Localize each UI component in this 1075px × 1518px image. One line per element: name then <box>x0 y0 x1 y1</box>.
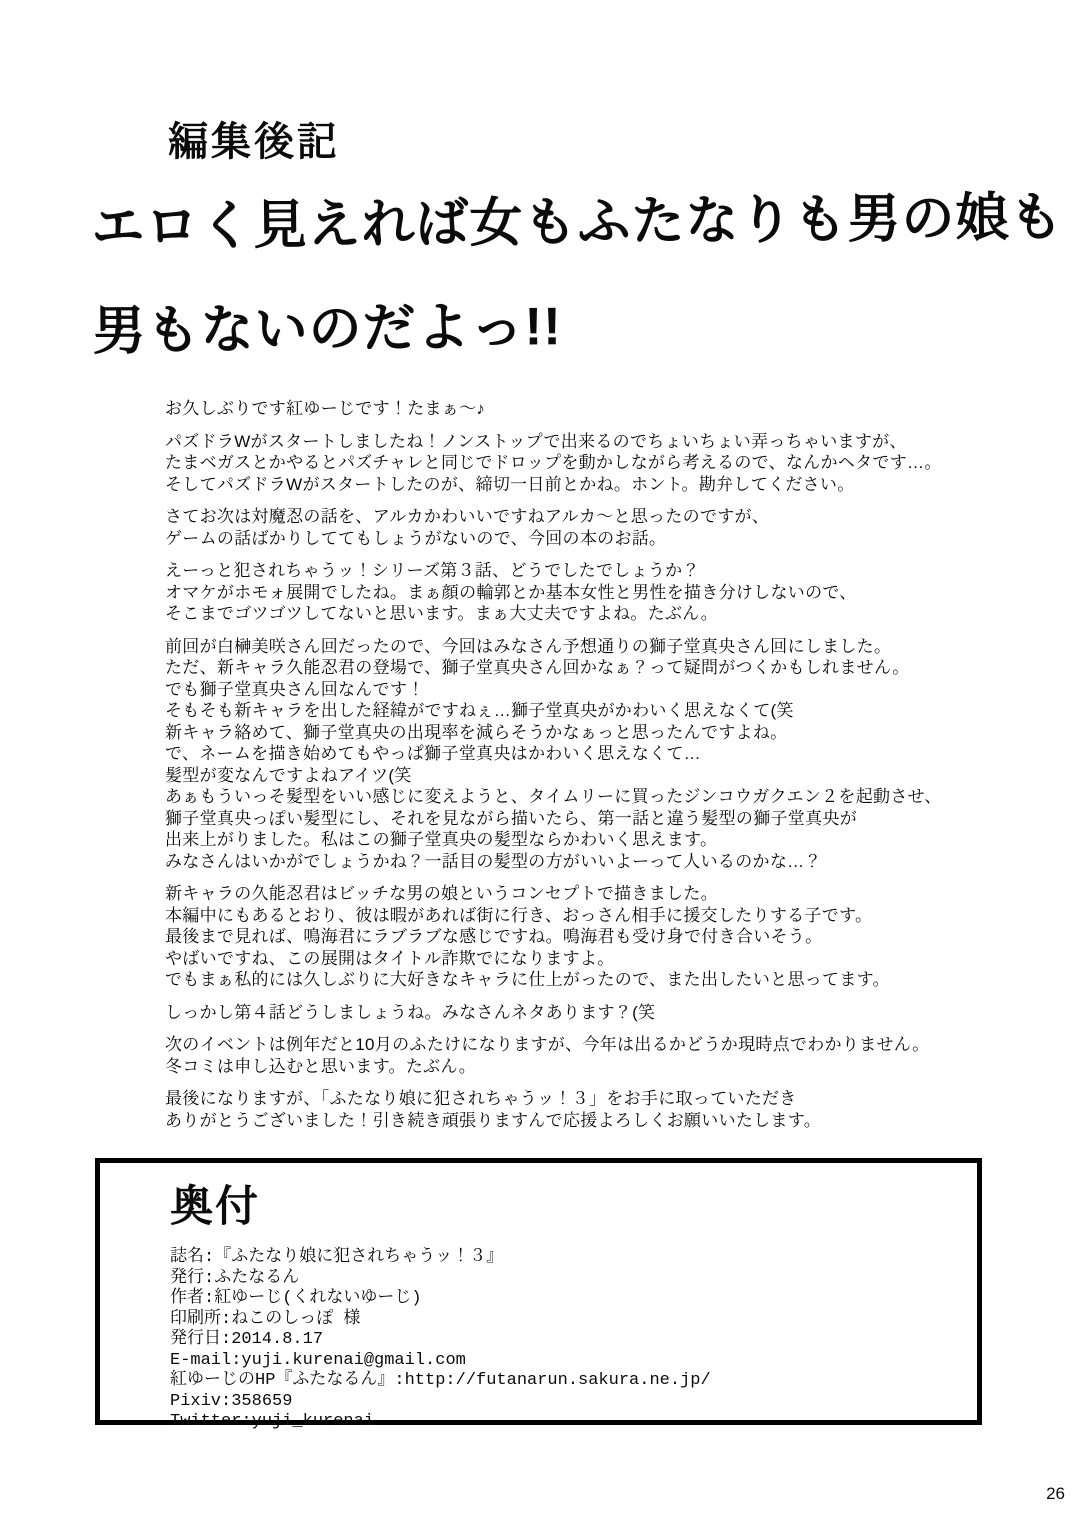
text-line: さてお次は対魔忍の話を、アルカかわいいですねアルカ～と思ったのですが、 <box>165 506 1025 528</box>
text-line: 最後まで見れば、鳴海君にラブラブな感じですね。鳴海君も受け身で付き合いそう。 <box>165 926 1025 948</box>
text-line: そもそも新キャラを出した経緯がですねぇ…獅子堂真央がかわいく思えなくて(笑 <box>165 700 1025 722</box>
text-line: 新キャラ絡めて、獅子堂真央の出現率を減らそうかなぁっと思ったんですよね。 <box>165 722 1025 744</box>
handwritten-title: エロく見えれば女もふたなりも男の娘も 男もないのだよっ!! <box>91 187 1065 363</box>
text-line: 冬コミは申し込むと思います。たぶん。 <box>165 1056 1025 1078</box>
text-line: でもまぁ私的には久しぶりに大好きなキャラに仕上がったので、また出したいと思ってま… <box>165 969 1025 991</box>
text-line: ただ、新キャラ久能忍君の登場で、獅子堂真央さん回かなぁ？って疑問がつくかもしれま… <box>165 657 1025 679</box>
colophon-homepage: 紅ゆーじのHP『ふたなるん』:http://futanarun.sakura.n… <box>170 1371 977 1392</box>
paragraph: えーっと犯されちゃうッ！シリーズ第３話、どうでしたでしょうか？ オマケがホモォ展… <box>165 560 1025 625</box>
text-line: お久しぶりです紅ゆーじです！たまぁ～♪ <box>165 398 1025 420</box>
text-line: ゲームの話ばかりしててもしょうがないので、今回の本のお話。 <box>165 528 1025 550</box>
text-line: 本編中にもあるとおり、彼は暇があれば街に行き、おっさん相手に援交したりする子です… <box>165 905 1025 927</box>
paragraph: お久しぶりです紅ゆーじです！たまぁ～♪ <box>165 398 1025 420</box>
text-line: みなさんはいかがでしょうかね？一話目の髪型の方がいいよーって人いるのかな…？ <box>165 851 1025 873</box>
colophon-heading: 奥付 <box>170 1173 977 1234</box>
colophon-twitter: Twitter:yuji_kurenai <box>170 1412 977 1433</box>
paragraph: 新キャラの久能忍君はビッチな男の娘というコンセプトで描きました。 本編中にもある… <box>165 883 1025 991</box>
page-number: 26 <box>1046 1484 1065 1504</box>
colophon-pixiv: Pixiv:358659 <box>170 1392 977 1413</box>
text-line: 前回が白榊美咲さん回だったので、今回はみなさん予想通りの獅子堂真央さん回にしまし… <box>165 636 1025 658</box>
colophon-box: 奥付 誌名:『ふたなり娘に犯されちゃうッ！３』 発行:ふたなるん 作者:紅ゆーじ… <box>95 1158 982 1425</box>
colophon-publish-date: 発行日:2014.8.17 <box>170 1330 977 1351</box>
text-line: でも獅子堂真央さん回なんです！ <box>165 679 1025 701</box>
colophon-printer: 印刷所:ねこのしっぽ 様 <box>170 1310 977 1331</box>
text-line: そしてパズドラWがスタートしたのが、締切一日前とかね。ホント。勘弁してください。 <box>165 474 1025 496</box>
text-line: オマケがホモォ展開でしたね。まぁ顔の輪郭とか基本女性と男性を描き分けしないので、 <box>165 582 1025 604</box>
section-heading: 編集後記 <box>168 110 340 167</box>
text-line: 出来上がりました。私はこの獅子堂真央の髪型ならかわいく思えます。 <box>165 829 1025 851</box>
paragraph: 最後になりますが、「ふたなり娘に犯されちゃうッ！３」をお手に取っていただき あり… <box>165 1088 1025 1131</box>
colophon-author: 作者:紅ゆーじ(くれないゆーじ) <box>170 1289 977 1310</box>
text-line: ありがとうございました！引き続き頑張りますんで応援よろしくお願いいたします。 <box>165 1110 1025 1132</box>
text-line: 髪型が変なんですよねアイツ(笑 <box>165 765 1025 787</box>
text-line: たまベガスとかやるとパズチャレと同じでドロップを動かしながら考えるので、なんかヘ… <box>165 452 1025 474</box>
text-line: えーっと犯されちゃうッ！シリーズ第３話、どうでしたでしょうか？ <box>165 560 1025 582</box>
text-line: やばいですね、この展開はタイトル詐欺でになりますよ。 <box>165 948 1025 970</box>
colophon-title: 誌名:『ふたなり娘に犯されちゃうッ！３』 <box>170 1248 977 1269</box>
text-line: しっかし第４話どうしましょうね。みなさんネタあります？(笑 <box>165 1002 1025 1024</box>
afterword-page: 編集後記 エロく見えれば女もふたなりも男の娘も 男もないのだよっ!! お久しぶり… <box>0 0 1075 1518</box>
colophon-email: E-mail:yuji.kurenai@gmail.com <box>170 1351 977 1372</box>
text-line: で、ネームを描き始めてもやっぱ獅子堂真央はかわいく思えなくて… <box>165 743 1025 765</box>
handwritten-title-line-2: 男もないのだよっ!! <box>92 291 1065 363</box>
text-line: 新キャラの久能忍君はビッチな男の娘というコンセプトで描きました。 <box>165 883 1025 905</box>
text-line: あぁもういっそ髪型をいい感じに変えようと、タイムリーに買ったジンコウガクエン２を… <box>165 786 1025 808</box>
afterword-body: お久しぶりです紅ゆーじです！たまぁ～♪ パズドラWがスタートしましたね！ノンスト… <box>165 398 1025 1142</box>
paragraph: パズドラWがスタートしましたね！ノンストップで出来るのでちょいちょい弄っちゃいま… <box>165 431 1025 496</box>
paragraph: 前回が白榊美咲さん回だったので、今回はみなさん予想通りの獅子堂真央さん回にしまし… <box>165 636 1025 873</box>
text-line: パズドラWがスタートしましたね！ノンストップで出来るのでちょいちょい弄っちゃいま… <box>165 431 1025 453</box>
text-line: 獅子堂真央っぽい髪型にし、それを見ながら描いたら、第一話と違う髪型の獅子堂真央が <box>165 808 1025 830</box>
text-line: 次のイベントは例年だと10月のふたけになりますが、今年は出るかどうか現時点でわか… <box>165 1034 1025 1056</box>
text-line: そこまでゴツゴツしてないと思います。まぁ大丈夫ですよね。たぶん。 <box>165 603 1025 625</box>
text-line: 最後になりますが、「ふたなり娘に犯されちゃうッ！３」をお手に取っていただき <box>165 1088 1025 1110</box>
paragraph: しっかし第４話どうしましょうね。みなさんネタあります？(笑 <box>165 1002 1025 1024</box>
colophon-details: 誌名:『ふたなり娘に犯されちゃうッ！３』 発行:ふたなるん 作者:紅ゆーじ(くれ… <box>170 1248 977 1433</box>
paragraph: さてお次は対魔忍の話を、アルカかわいいですねアルカ～と思ったのですが、 ゲームの… <box>165 506 1025 549</box>
handwritten-title-line-1: エロく見えれば女もふたなりも男の娘も <box>91 187 1064 259</box>
colophon-publisher: 発行:ふたなるん <box>170 1269 977 1290</box>
paragraph: 次のイベントは例年だと10月のふたけになりますが、今年は出るかどうか現時点でわか… <box>165 1034 1025 1077</box>
